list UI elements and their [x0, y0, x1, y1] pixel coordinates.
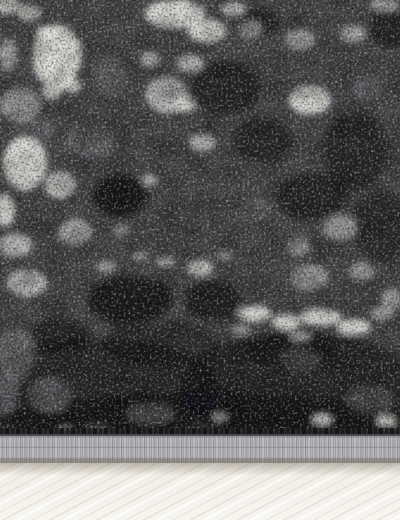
rug-serged-binding-edge	[0, 434, 400, 463]
binding-shadow	[0, 463, 400, 476]
pile-grain-texture	[0, 0, 400, 434]
rug-product-photo	[0, 0, 400, 520]
rug-pile	[0, 0, 400, 434]
